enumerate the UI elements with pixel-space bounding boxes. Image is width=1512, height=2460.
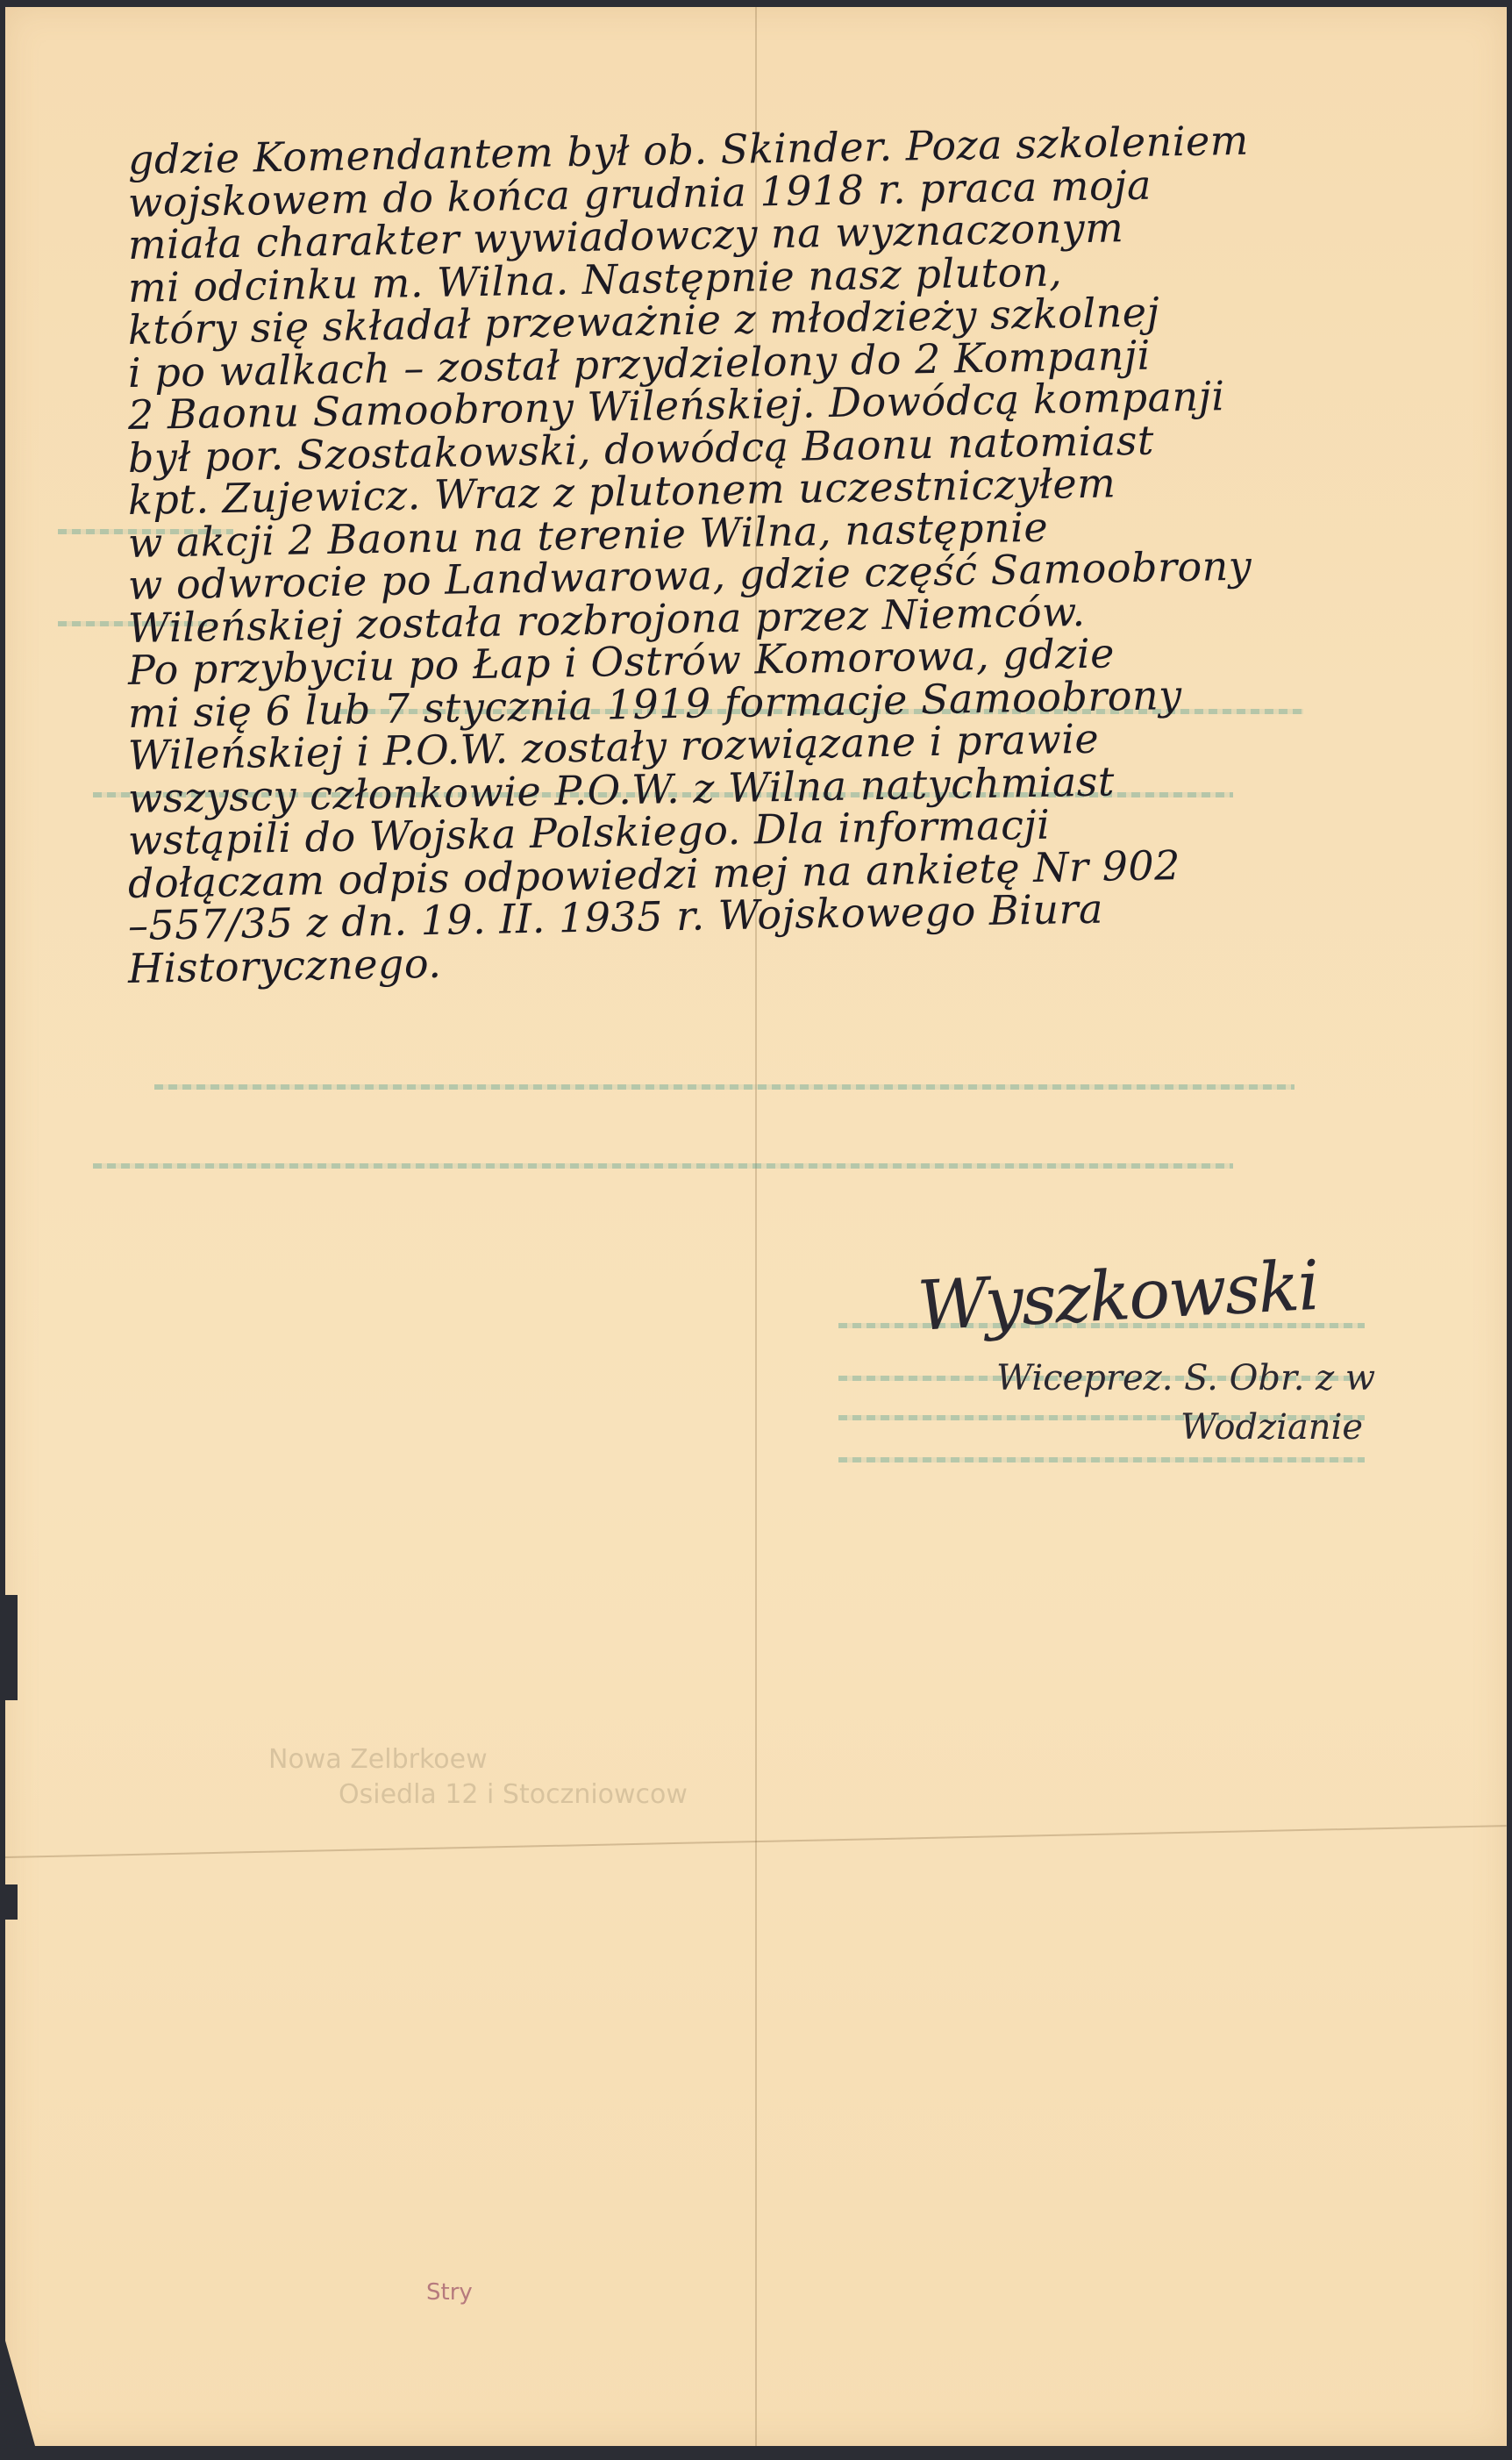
ink-bleed-line — [154, 1084, 1294, 1090]
faint-stamp-mark: Stry — [426, 2279, 473, 2306]
ink-bleed-line — [838, 1457, 1365, 1462]
signature-block: Wyszkowski Wiceprez. S. Obr. z w Wodzian… — [917, 1253, 1479, 1448]
reverse-show-through-text: Osiedla 12 i Stoczniowcow — [339, 1779, 688, 1810]
reverse-show-through-text: Nowa Zelbrkoew — [268, 1744, 488, 1775]
torn-edge — [5, 1595, 18, 1700]
signer-title-continued: Wodzianie — [1180, 1407, 1479, 1448]
ink-bleed-line — [93, 1163, 1233, 1169]
torn-corner — [5, 2341, 35, 2446]
document-page: gdzie Komendantem był ob. Skinder. Poza … — [5, 7, 1507, 2446]
signature: Wyszkowski — [916, 1238, 1480, 1346]
torn-edge — [5, 1884, 18, 1920]
signer-title: Wiceprez. S. Obr. z w — [996, 1358, 1479, 1398]
letter-body: gdzie Komendantem był ob. Skinder. Poza … — [128, 139, 1444, 990]
